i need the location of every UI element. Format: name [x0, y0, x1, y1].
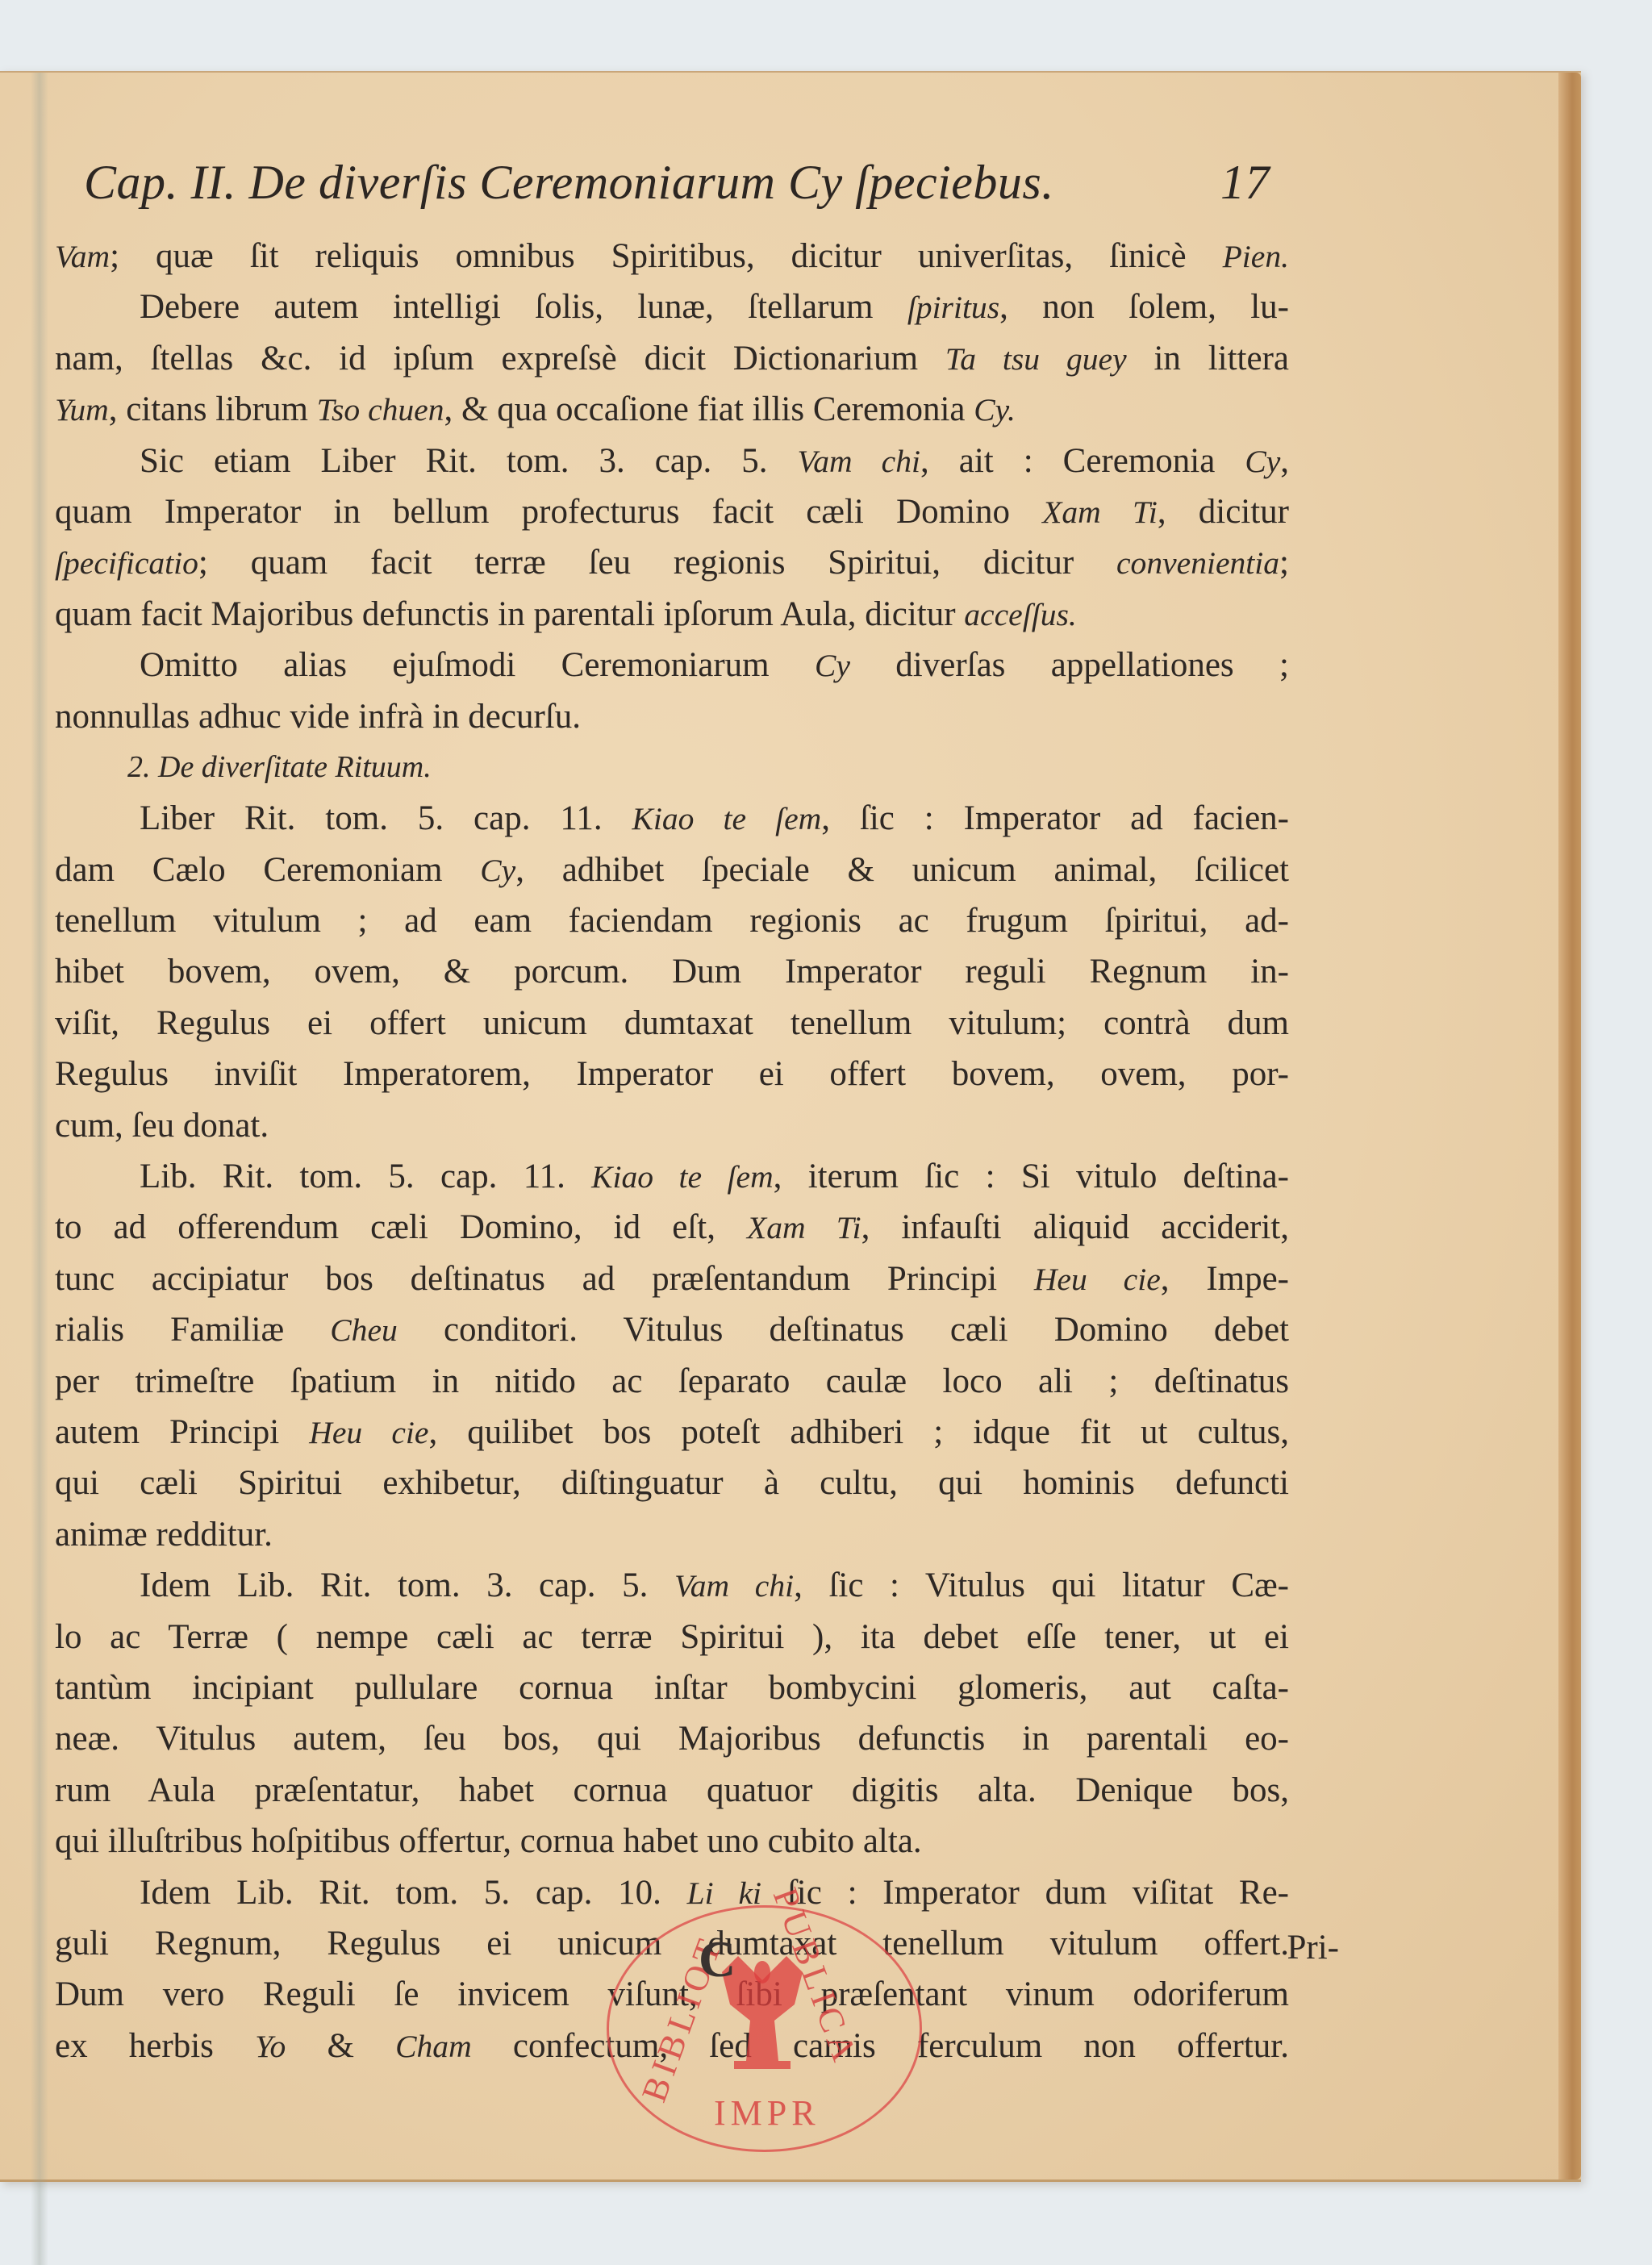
italic-term: ſpecificatio	[55, 545, 198, 581]
text-line: Vam; quæ ſit reliquis omnibus Spiritibus…	[55, 231, 1289, 282]
text-line: quam Imperator in bellum profecturus fac…	[55, 486, 1289, 537]
text-run: cum, ſeu donat.	[55, 1107, 269, 1145]
text-run: tenellum vitulum ; ad eam faciendam regi…	[55, 902, 1289, 940]
text-line: dam Cælo Ceremoniam Cy, adhibet ſpeciale…	[55, 845, 1289, 895]
text-run: Lib. Rit. tom. 5. cap. 11.	[140, 1158, 591, 1195]
text-run: per trimeſtre ſpatium in nitido ac ſepar…	[55, 1362, 1289, 1400]
text-run: 2. De diverſitate Rituum.	[127, 750, 432, 784]
italic-term: Vam chi	[674, 1568, 794, 1604]
text-run: qui illuſtribus hoſpitibus offertur, cor…	[55, 1822, 922, 1860]
text-line: Idem Lib. Rit. tom. 3. cap. 5. Vam chi, …	[55, 1560, 1289, 1611]
section-heading: 2. De diverſitate Rituum.	[55, 742, 1289, 793]
text-line: tenellum vitulum ; ad eam faciendam regi…	[55, 895, 1289, 946]
text-run: Idem Lib. Rit. tom. 3. cap. 5.	[140, 1566, 674, 1604]
text-line: Debere autem intelligi ſolis, lunæ, ſtel…	[55, 282, 1289, 332]
text-run: ſic : Imperator dum viſitat Re-	[761, 1874, 1289, 1912]
text-run: , Impe-	[1161, 1260, 1289, 1298]
text-run: quam facit Majoribus defunctis in parent…	[55, 595, 964, 633]
text-line: per trimeſtre ſpatium in nitido ac ſepar…	[55, 1356, 1289, 1407]
text-run: nam, ſtellas &c. id ipſum expreſsè dicit…	[55, 340, 945, 377]
text-run: qui cæli Spiritui exhibetur, diſtinguatu…	[55, 1464, 1289, 1502]
text-line: lo ac Terræ ( nempe cæli ac terræ Spirit…	[55, 1612, 1289, 1662]
text-line: nonnullas adhuc vide infrà in decurſu.	[55, 691, 1289, 742]
text-run: diverſas appellationes ;	[850, 646, 1289, 684]
text-line: quam facit Majoribus defunctis in parent…	[55, 589, 1289, 640]
text-run: , dicitur	[1158, 493, 1289, 531]
text-line: tunc accipiatur bos deſtinatus ad præſen…	[55, 1253, 1289, 1304]
text-run: conditori. Vitulus deſtinatus cæli Domin…	[398, 1311, 1289, 1349]
text-line: Idem Lib. Rit. tom. 5. cap. 10. Li ki ſi…	[55, 1867, 1289, 1918]
text-run: tantùm incipiant pullulare cornua inſtar…	[55, 1669, 1289, 1707]
italic-term: Cy	[480, 853, 515, 888]
text-run: , iterum ſic : Si vitulo deſtina-	[774, 1158, 1289, 1195]
library-stamp: BIBLIOT PUBLICA IMPR	[607, 1905, 922, 2152]
text-run: Debere autem intelligi ſolis, lunæ, ſtel…	[140, 288, 907, 326]
text-run: Omitto alias ejuſmodi Ceremoniarum	[140, 646, 815, 684]
italic-term: Vam	[55, 239, 110, 274]
text-line: viſit, Regulus ei offert unicum dumtaxat…	[55, 998, 1289, 1049]
italic-term: Cy.	[974, 392, 1016, 428]
stamp-text-bottom: IMPR	[714, 2092, 820, 2134]
text-line: Sic etiam Liber Rit. tom. 3. cap. 5. Vam…	[55, 436, 1289, 486]
text-line: Lib. Rit. tom. 5. cap. 11. Kiao te ſem, …	[55, 1151, 1289, 1202]
text-run: , infauſti aliquid acciderit,	[861, 1208, 1289, 1246]
text-line: Yum, citans librum Tso chuen, & qua occa…	[55, 384, 1289, 435]
text-run: to ad offerendum cæli Domino, id eſt,	[55, 1208, 747, 1246]
italic-term: Yo	[255, 2029, 286, 2064]
text-run: , quilibet bos poteſt adhiberi ; idque f…	[428, 1413, 1289, 1451]
text-line: autem Principi Heu cie, quilibet bos pot…	[55, 1407, 1289, 1458]
catchword: Pri-	[1287, 1928, 1340, 1967]
text-run: , & qua occaſione fiat illis Ceremonia	[444, 390, 974, 428]
text-run: autem Principi	[55, 1413, 309, 1451]
text-run: in littera	[1127, 340, 1289, 377]
text-run: &	[286, 2027, 395, 2065]
text-line: neæ. Vitulus autem, ſeu bos, qui Majorib…	[55, 1713, 1289, 1764]
text-run: , non ſolem, lu-	[999, 288, 1289, 326]
text-line: Liber Rit. tom. 5. cap. 11. Kiao te ſem,…	[55, 793, 1289, 844]
text-run: , adhibet ſpeciale & unicum animal, ſcil…	[515, 851, 1289, 889]
text-run: hibet bovem, ovem, & porcum. Dum Imperat…	[55, 953, 1289, 991]
text-run: Sic etiam Liber Rit. tom. 3. cap. 5.	[140, 442, 797, 480]
italic-term: Kiao te ſem	[632, 801, 822, 836]
body-text: Vam; quæ ſit reliquis omnibus Spiritibus…	[55, 231, 1289, 2071]
text-run: tunc accipiatur bos deſtinatus ad præſen…	[55, 1260, 1034, 1298]
running-head: Cap. II. De diverſis Ceremoniarum Cy ſpe…	[84, 155, 1270, 211]
text-run: rum Aula præſentatur, habet cornua quatu…	[55, 1771, 1289, 1809]
italic-term: Cy	[1245, 444, 1280, 479]
italic-term: ſpiritus	[907, 290, 999, 325]
text-run: quam Imperator in bellum profecturus fac…	[55, 493, 1042, 531]
italic-term: Cham	[395, 2029, 471, 2064]
italic-term: convenientia	[1116, 545, 1279, 581]
text-run: Idem Lib. Rit. tom. 5. cap. 10.	[140, 1874, 687, 1912]
text-line: Regulus inviſit Imperatorem, Imperator e…	[55, 1049, 1289, 1099]
text-line: hibet bovem, ovem, & porcum. Dum Imperat…	[55, 946, 1289, 997]
chapter-title: Cap. II. De diverſis Ceremoniarum Cy ſpe…	[84, 155, 1054, 211]
text-run: , ait : Ceremonia	[920, 442, 1245, 480]
text-run: lo ac Terræ ( nempe cæli ac terræ Spirit…	[55, 1618, 1289, 1656]
text-run: , ſic : Imperator ad facien-	[821, 799, 1289, 837]
italic-term: Yum	[55, 392, 109, 428]
italic-term: Heu cie	[1034, 1262, 1161, 1297]
text-run: dam Cælo Ceremoniam	[55, 851, 480, 889]
text-line: to ad offerendum cæli Domino, id eſt, Xa…	[55, 1202, 1289, 1253]
text-run: neæ. Vitulus autem, ſeu bos, qui Majorib…	[55, 1720, 1289, 1758]
italic-term: Ta tsu guey	[945, 341, 1127, 377]
text-line: nam, ſtellas &c. id ipſum expreſsè dicit…	[55, 333, 1289, 384]
text-line: ſpecificatio; quam facit terræ ſeu regio…	[55, 537, 1289, 588]
italic-term: Pien.	[1223, 239, 1289, 274]
signature-mark: C	[699, 1929, 736, 1989]
text-run: ; quæ ſit reliquis omnibus Spiritibus, d…	[110, 237, 1223, 275]
italic-term: Cheu	[330, 1312, 397, 1348]
italic-term: acceſſus.	[964, 597, 1076, 632]
italic-term: Xam Ti	[747, 1210, 861, 1245]
text-line: rum Aula præſentatur, habet cornua quatu…	[55, 1765, 1289, 1816]
page-edge	[1558, 73, 1581, 2179]
text-line: tantùm incipiant pullulare cornua inſtar…	[55, 1662, 1289, 1713]
italic-term: Kiao te ſem	[591, 1159, 773, 1195]
text-line: rialis Familiæ Cheu conditori. Vitulus d…	[55, 1304, 1289, 1355]
text-run: viſit, Regulus ei offert unicum dumtaxat…	[55, 1004, 1289, 1042]
text-line: Omitto alias ejuſmodi Ceremoniarum Cy di…	[55, 640, 1289, 690]
italic-term: Xam Ti	[1042, 494, 1158, 530]
italic-term: Tso chuen	[317, 392, 444, 428]
italic-term: Vam chi	[797, 444, 920, 479]
text-run: ; quam facit terræ ſeu regionis Spiritui…	[198, 544, 1116, 582]
text-run: Liber Rit. tom. 5. cap. 11.	[140, 799, 632, 837]
text-run: ,	[1280, 442, 1289, 480]
text-run: Regulus inviſit Imperatorem, Imperator e…	[55, 1055, 1289, 1093]
text-run: animæ redditur.	[55, 1516, 273, 1554]
text-run: nonnullas adhuc vide infrà in decurſu.	[55, 698, 581, 736]
text-run: , ſic : Vitulus qui litatur Cæ-	[794, 1566, 1289, 1604]
text-line: animæ redditur.	[55, 1509, 1289, 1560]
italic-term: Cy	[815, 648, 850, 683]
text-run: , citans librum	[109, 390, 317, 428]
text-line: qui illuſtribus hoſpitibus offertur, cor…	[55, 1816, 1289, 1867]
italic-term: Heu cie	[309, 1415, 428, 1450]
page-number: 17	[1220, 155, 1270, 211]
text-line: cum, ſeu donat.	[55, 1100, 1289, 1151]
text-line: qui cæli Spiritui exhibetur, diſtinguatu…	[55, 1458, 1289, 1508]
text-run: ex herbis	[55, 2027, 255, 2065]
binding-gutter	[31, 73, 48, 2265]
text-run: rialis Familiæ	[55, 1311, 330, 1349]
text-run: ;	[1279, 544, 1289, 582]
